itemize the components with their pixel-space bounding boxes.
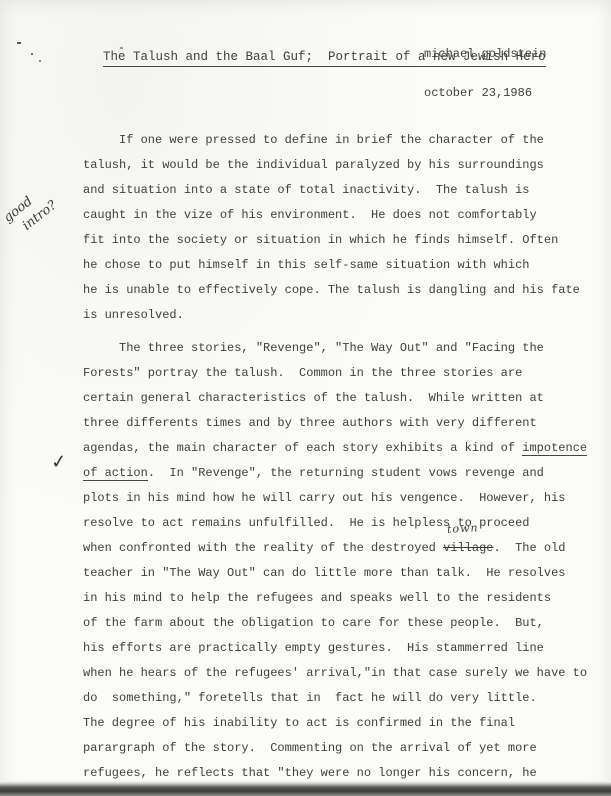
typed-text: certain general characteristics of the t… <box>83 391 544 405</box>
scan-speck <box>39 60 41 62</box>
margin-note-good-intro: good intro? <box>0 173 87 263</box>
typed-line: teacher in "The Way Out" can do little m… <box>83 561 587 586</box>
typed-text: do something," foretells that in fact he… <box>83 691 537 705</box>
typed-line: agendas, the main character of each stor… <box>83 436 587 461</box>
typed-line: and situation into a state of total inac… <box>83 178 587 203</box>
typed-line: If one were pressed to define in brief t… <box>83 128 587 153</box>
typed-text: caught in the vize of his environment. H… <box>83 208 537 222</box>
typed-line: his efforts are practically empty gestur… <box>83 636 587 661</box>
typed-line: is unresolved. <box>83 303 587 328</box>
typed-line: he chose to put himself in this self-sam… <box>83 253 587 278</box>
typed-text: plots in his mind how he will carry out … <box>83 491 565 505</box>
typed-text: is unresolved. <box>83 308 184 322</box>
document-body: If one were pressed to define in brief t… <box>83 128 587 786</box>
checkmark-annotation: ✓ <box>50 450 68 474</box>
typed-text: in his mind to help the refugees and spe… <box>83 591 551 605</box>
underlined-phrase: impotence <box>522 441 587 456</box>
struck-word: village <box>443 541 493 555</box>
typed-line: plots in his mind how he will carry out … <box>83 486 587 511</box>
typed-line: fit into the society or situation in whi… <box>83 228 587 253</box>
typed-line: do something," foretells that in fact he… <box>83 686 587 711</box>
typed-text: The degree of his inability to act is co… <box>83 716 515 730</box>
typed-text: parargraph of the story. Commenting on t… <box>83 741 537 755</box>
typed-text: . The old <box>493 541 565 555</box>
paragraph: If one were pressed to define in brief t… <box>83 128 587 328</box>
document-header: michael goldstein october 23,1986 <box>424 22 546 126</box>
typed-line: certain general characteristics of the t… <box>83 386 587 411</box>
typed-text: agendas, the main character of each stor… <box>83 441 522 455</box>
paragraph: The three stories, "Revenge", "The Way O… <box>83 336 587 786</box>
document-title: The Talush and the Baal Guf; Portrait of… <box>103 50 546 67</box>
scan-speck <box>17 42 21 44</box>
typed-line: when confronted with the reality of the … <box>83 536 587 561</box>
typed-line: of action. In "Revenge", the returning s… <box>83 461 587 486</box>
typed-line: caught in the vize of his environment. H… <box>83 203 587 228</box>
typed-text: talush, it would be the individual paral… <box>83 158 544 172</box>
typed-text: fit into the society or situation in whi… <box>83 233 558 247</box>
underlined-phrase: of action <box>83 466 148 481</box>
typed-text: If one were pressed to define in brief t… <box>83 133 544 147</box>
typed-line: three differents times and by three auth… <box>83 411 587 436</box>
typed-text: three differents times and by three auth… <box>83 416 537 430</box>
typed-line: talush, it would be the individual paral… <box>83 153 587 178</box>
typed-line: of the farm about the obligation to care… <box>83 611 587 636</box>
typed-text: refugees, he reflects that "they were no… <box>83 766 537 780</box>
typed-text: his efforts are practically empty gestur… <box>83 641 544 655</box>
typed-text: he is unable to effectively cope. The ta… <box>83 283 580 297</box>
scan-speck <box>120 47 123 49</box>
typed-line: resolve to act remains unfulfilled. He i… <box>83 511 587 536</box>
scan-speck <box>31 53 33 55</box>
typed-text: Forests" portray the talush. Common in t… <box>83 366 522 380</box>
typed-text: . In "Revenge", the returning student vo… <box>148 466 544 480</box>
handwritten-correction: town <box>447 521 479 536</box>
scanned-page: michael goldstein october 23,1986 The Ta… <box>0 0 611 796</box>
scan-edge-shadow <box>0 781 611 796</box>
typed-line: when he hears of the refugees' arrival,"… <box>83 661 587 686</box>
typed-line: parargraph of the story. Commenting on t… <box>83 736 587 761</box>
document-date: october 23,1986 <box>424 87 546 100</box>
typed-text: teacher in "The Way Out" can do little m… <box>83 566 565 580</box>
typed-text: of the farm about the obligation to care… <box>83 616 544 630</box>
typed-line: The three stories, "Revenge", "The Way O… <box>83 336 587 361</box>
typed-text: and situation into a state of total inac… <box>83 183 529 197</box>
typed-line: Forests" portray the talush. Common in t… <box>83 361 587 386</box>
typed-line: in his mind to help the refugees and spe… <box>83 586 587 611</box>
typed-line: he is unable to effectively cope. The ta… <box>83 278 587 303</box>
typed-text: when confronted with the reality of the … <box>83 541 443 555</box>
typed-line: The degree of his inability to act is co… <box>83 711 587 736</box>
typed-text: The three stories, "Revenge", "The Way O… <box>83 341 544 355</box>
typed-text: he chose to put himself in this self-sam… <box>83 258 529 272</box>
typed-text: when he hears of the refugees' arrival,"… <box>83 666 587 680</box>
